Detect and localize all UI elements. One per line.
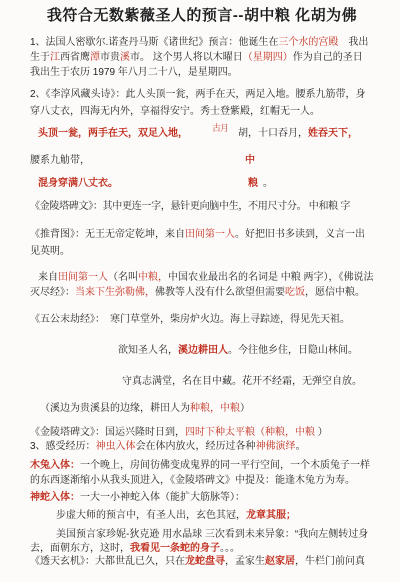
text-run: ） bbox=[315, 427, 328, 438]
text-run: ，牛栏门前问真 bbox=[295, 556, 365, 567]
text-run: 《金陵塔碑文》：国运兴隆时日到， bbox=[30, 427, 185, 438]
seal-glyph-hu: 古月 bbox=[204, 124, 228, 133]
text-run: ） bbox=[240, 403, 250, 414]
text-run: 腰系九觔带， bbox=[30, 155, 90, 166]
text-run: 龙蛇盘寻 bbox=[185, 556, 225, 567]
text-run: 步虚大师的预言中，有圣人出，玄色其冠， bbox=[56, 510, 246, 521]
para-divine-snake: 神蛇入体：一大一小神蛇入体（能扩大筋脉等）： bbox=[30, 490, 374, 505]
para-wood-rabbit: 木兔入体：一个晚上，房间彷佛变成鬼界的同一平行空间，一个木质兔子一样的东西逐渐缩… bbox=[30, 458, 374, 488]
document-body: 1、法国人密歇尔.诺查丹马斯《诸世纪》预言：他诞生在三个水的宫殿 我出生于江西省… bbox=[30, 35, 374, 569]
text-run: 溪边耕田人 bbox=[178, 345, 228, 356]
text-run: ，孟家生 bbox=[225, 556, 265, 567]
text-run: ，愿信中粮。 bbox=[305, 287, 365, 298]
text-run: 田间第一人 bbox=[185, 229, 235, 240]
text-run: 头顶一瓮，两手在天，双足入地， bbox=[38, 128, 188, 139]
para-robe-line: 混身穿满八丈衣。粮。 bbox=[30, 176, 374, 191]
text-run: 佛教等人没有什么欲望但需要 bbox=[155, 287, 285, 298]
text-run: 赵家居 bbox=[265, 556, 295, 567]
spacer bbox=[90, 162, 245, 163]
text-run: 《五公末劫经》： 寒门草堂外，柴房炉火边。海上寻踪迹，得见先天祖。 bbox=[30, 314, 350, 325]
text-run: 《透天玄机》：大都世乱已久，只在 bbox=[30, 556, 185, 567]
text-run: 会在体内放火，经历过各种 bbox=[136, 441, 256, 452]
para-licunfeng-poem: 2、《李淳风藏头诗》：此人头顶一瓮，两手在天，两足入地。腰系九筋带，身穿八丈衣，… bbox=[30, 86, 374, 120]
document-title: 我符合无数紫薇圣人的预言--胡中粮 化胡为佛 bbox=[30, 6, 374, 26]
para-tuibeitu: 《推背图》：无王无帝定乾坤，来自田间第一人。好把旧书多读到，义言一出见英明。 bbox=[30, 226, 374, 260]
para-toutian-xuanji: 《透天玄机》：大都世乱已久，只在龙蛇盘寻，孟家生赵家居，牛栏门前问真 bbox=[30, 555, 374, 569]
text-run: 四时下种太平粮（种粮，中粮 bbox=[185, 427, 315, 438]
para-shouzhen-line: 守真志满堂，名在目中藏。花开不经霜，无弹空自放。 bbox=[122, 374, 374, 389]
para-jeane-dixon: 美国预言家珍妮-狄克逊 用水晶球 三次看到未来异象：“我向左侧转过身去，面朝东方… bbox=[30, 528, 374, 555]
text-run: 三个水的宫殿 bbox=[278, 37, 338, 48]
para-buxu-master: 步虚大师的预言中，有圣人出，玄色其冠，龙章其服； bbox=[30, 508, 374, 523]
text-run: 溪 bbox=[120, 52, 130, 63]
text-run: 中粮， bbox=[138, 272, 168, 283]
text-run: 田间第一人 bbox=[58, 272, 108, 283]
text-run: 。 bbox=[263, 178, 273, 189]
spacer bbox=[228, 135, 238, 136]
text-run: 龙章其服； bbox=[246, 510, 296, 521]
text-run: 3、感受经历： bbox=[30, 441, 96, 452]
text-run: 来自 bbox=[38, 272, 58, 283]
text-run: 木兔入体： bbox=[30, 460, 80, 471]
text-run: 胡，十口吞月， bbox=[238, 128, 308, 139]
text-run: （星期四） bbox=[243, 52, 293, 63]
text-run: 姓吞天下， bbox=[308, 128, 358, 139]
text-run: 1、法国人密歇尔.诺查丹马斯《诸世纪》预言：他诞生在 bbox=[30, 37, 278, 48]
text-run: 欲知圣人名， bbox=[118, 345, 178, 356]
text-run: 吃饭 bbox=[285, 287, 305, 298]
spacer bbox=[188, 135, 204, 136]
text-run: 我看见一条蛇的身子 bbox=[130, 543, 220, 554]
text-run: 市。 这个男人将以木曜日 bbox=[130, 52, 243, 63]
text-run: 中 bbox=[245, 155, 255, 166]
text-run: 《推背图》：无王无帝定乾坤，来自 bbox=[30, 229, 185, 240]
text-run: 混身穿满八丈衣。 bbox=[38, 178, 118, 189]
para-wugong-sutra: 《五公末劫经》： 寒门草堂外，柴房炉火边。海上寻踪迹，得见先天祖。 bbox=[30, 312, 374, 327]
spacer bbox=[118, 185, 248, 186]
text-run: 神蛇入体： bbox=[30, 492, 80, 503]
text-run: 江 bbox=[50, 52, 60, 63]
text-run: 市贵 bbox=[100, 52, 120, 63]
text-run: （溪边为贵溪县的边缘，耕田人为 bbox=[40, 403, 190, 414]
para-xibian-note: （溪边为贵溪县的边缘，耕田人为种粮，中粮） bbox=[40, 401, 374, 416]
para-belt-line: 腰系九觔带，中 bbox=[30, 153, 374, 168]
para-experience-intro: 3、感受经历：神虫入体会在体内放火，经历过各种神佛演绎。 bbox=[30, 440, 374, 454]
para-hu-interpretation: 头顶一瓮，两手在天，双足入地，古月胡，十口吞月，姓吞天下， bbox=[30, 126, 374, 141]
text-run: 《金陵塔碑文》：其中更连一字，悬针更向脑中生，不用尺寸分。 中和粮 字 bbox=[30, 201, 350, 212]
para-jinling-stele-2: 《金陵塔碑文》：国运兴隆时日到，四时下种太平粮（种粮，中粮 ） bbox=[30, 426, 374, 440]
text-run: 神佛演绎 bbox=[256, 441, 296, 452]
text-run: 种粮，中粮 bbox=[190, 403, 240, 414]
text-run: 粮 bbox=[248, 178, 258, 189]
text-run: 。今往他乡住，日隐山林间。 bbox=[228, 345, 358, 356]
para-sage-name-line: 欲知圣人名，溪边耕田人。今往他乡住，日隐山林间。 bbox=[118, 343, 374, 358]
text-run: 。。。 bbox=[220, 543, 240, 554]
text-run: 潭 bbox=[90, 52, 100, 63]
text-run: 神虫入体 bbox=[96, 441, 136, 452]
text-run: 一个晚上，房间彷佛变成鬼界的同一平行空间，一个木质兔子一样的东西逐渐缩小从我头顶… bbox=[30, 460, 370, 486]
document-page: 我符合无数紫薇圣人的预言--胡中粮 化胡为佛 1、法国人密歇尔.诺查丹马斯《诸世… bbox=[0, 0, 400, 582]
text-run: （名叫 bbox=[108, 272, 138, 283]
text-run: 当来下生弥勒佛， bbox=[75, 287, 155, 298]
para-nostradamus-prophecy: 1、法国人密歇尔.诺查丹马斯《诸世纪》预言：他诞生在三个水的宫殿 我出生于江西省… bbox=[30, 35, 374, 80]
text-run: 一大一小神蛇入体（能扩大筋脉等）： bbox=[80, 492, 245, 503]
text-run: 2、《李淳风藏头诗》：此人头顶一瓮，两手在天，两足入地。腰系九筋带，身穿八丈衣，… bbox=[30, 89, 366, 117]
para-zhongliang-explain: 来自田间第一人（名叫中粮，中国农业最出名的名词是 中粮 两字），《佛说法灭尽经》… bbox=[30, 270, 374, 300]
text-run: 守真志满堂，名在目中藏。花开不经霜，无弹空自放。 bbox=[122, 376, 362, 387]
para-jinling-stele-1: 《金陵塔碑文》：其中更连一字，悬针更向脑中生，不用尺寸分。 中和粮 字 bbox=[30, 199, 374, 214]
text-run: 。 bbox=[296, 441, 306, 452]
text-run: 西省鹰 bbox=[60, 52, 90, 63]
